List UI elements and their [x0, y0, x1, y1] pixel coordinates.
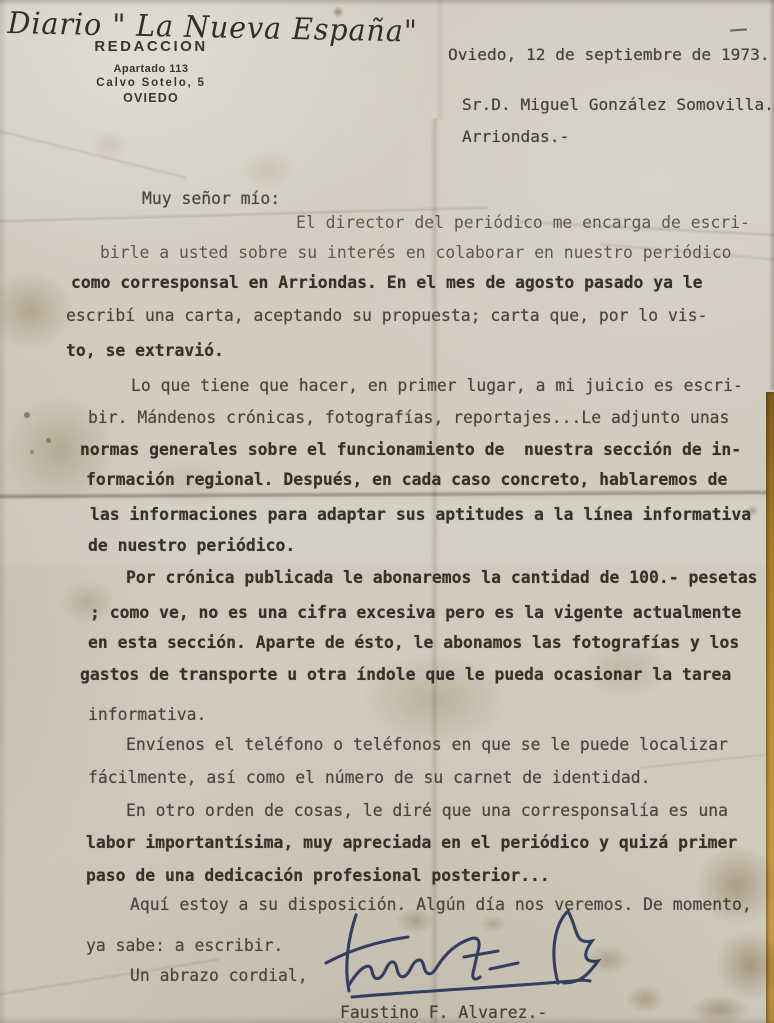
paper-edge-top [0, 0, 774, 6]
body-line: Un abrazo cordial, [130, 968, 308, 984]
letterhead-department: REDACCION [36, 38, 266, 55]
body-line: como corresponsal en Arriondas. En el me… [71, 275, 703, 291]
letterhead-street: Calvo Sotelo, 5 [36, 77, 266, 89]
body-line: to, se extravió. [66, 343, 224, 359]
body-line: bir. Mándenos crónicas, fotografías, rep… [88, 410, 729, 426]
stain [90, 130, 130, 160]
body-line: las informaciones para adaptar sus aptit… [90, 507, 751, 523]
body-line: gastos de transporte u otra índole que l… [80, 667, 731, 683]
body-line: Por crónica publicada le abonaremos la c… [126, 570, 758, 586]
body-line: El director del periódico me encarga de … [296, 215, 750, 231]
stain [24, 412, 30, 418]
body-line: en esta sección. Aparte de ésto, le abon… [88, 635, 739, 651]
stray-mark [730, 28, 747, 31]
body-line: Envíenos el teléfono o teléfonos en que … [126, 737, 728, 753]
stain [690, 995, 750, 1023]
body-line: formación regional. Después, en cada cas… [86, 472, 727, 488]
stain [30, 450, 34, 454]
body-line: escribí una carta, aceptando su propuest… [66, 308, 707, 324]
body-line: informativa. [88, 707, 206, 723]
body-line: fácilmente, así como el número de su car… [88, 770, 650, 786]
stain [240, 150, 295, 190]
letterhead-pobox: Apartado 113 [36, 63, 266, 75]
body-line: normas generales sobre el funcionamiento… [80, 442, 741, 458]
paper-edge-left [0, 0, 7, 1023]
body-line: ; como ve, no es una cifra excesiva pero… [90, 605, 741, 621]
recipient-city: Arriondas.- [462, 127, 569, 146]
body-line: paso de una dedicación profesional poste… [86, 868, 550, 884]
crease-topleft-diagonal [0, 125, 187, 181]
fold-horizontal [0, 489, 774, 501]
dateline: Oviedo, 12 de septiembre de 1973. [448, 45, 770, 64]
body-line: de nuestro periódico. [88, 538, 295, 554]
signature-typed-name: Faustino F. Alvarez.- [340, 1003, 547, 1022]
letter-photo: Diario " La Nueva España" REDACCION Apar… [0, 0, 774, 1023]
signature-ink [322, 905, 652, 1010]
body-line: birle a usted sobre su interés en colabo… [100, 245, 732, 261]
stain [46, 438, 51, 443]
body-line: En otro orden de cosas, le diré que una … [126, 803, 728, 819]
body-line: labor importantísima, muy apreciada en e… [86, 835, 737, 851]
folded-gold-edge [766, 392, 774, 1023]
crease-vertical-top [436, 0, 445, 120]
letterhead-city: OVIEDO [36, 91, 266, 105]
body-line: ya sabe: a escribir. [86, 938, 283, 954]
recipient-name: Sr.D. Miguel González Somovilla. [462, 95, 774, 114]
body-line: Muy señor mío: [142, 191, 280, 207]
stain [0, 270, 75, 350]
body-line: Lo que tiene que hacer, en primer lugar,… [131, 378, 743, 394]
